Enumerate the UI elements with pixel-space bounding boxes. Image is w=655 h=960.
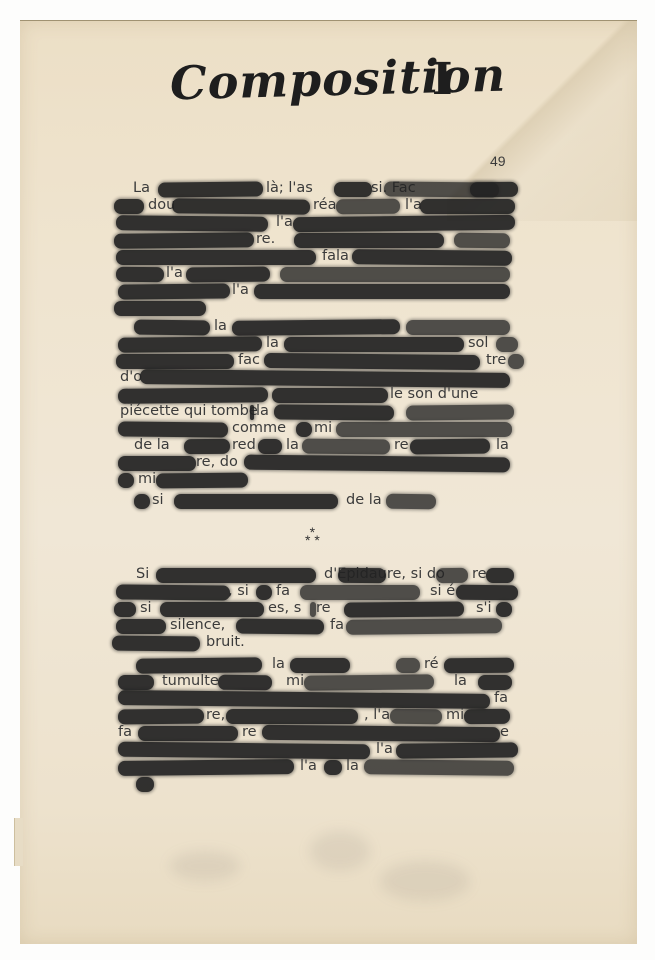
redaction-mark [406, 320, 510, 335]
visible-word: re [242, 724, 257, 740]
visible-word: fac [238, 352, 260, 368]
visible-word: re [394, 437, 409, 453]
redaction-mark [290, 658, 350, 673]
visible-word: l'a [376, 741, 393, 757]
visible-word: sol [468, 335, 488, 351]
visible-word: mi [446, 707, 464, 723]
visible-word: , l'a [364, 707, 390, 723]
redaction-mark [280, 267, 510, 282]
visible-word: re [472, 566, 487, 582]
redaction-mark [406, 404, 514, 420]
redaction-mark [114, 232, 254, 248]
redaction-mark [352, 249, 512, 266]
text-line: tumultemila [0, 673, 655, 691]
visible-word: red [232, 437, 256, 453]
text-line: bruit. [0, 634, 655, 652]
visible-word: fa [276, 583, 290, 599]
redaction-mark [118, 387, 268, 404]
visible-word: la [286, 437, 299, 453]
redaction-mark [134, 494, 150, 509]
redaction-mark [262, 725, 500, 742]
visible-word: d'o [120, 369, 142, 385]
redaction-mark [470, 182, 518, 198]
redaction-mark [336, 199, 400, 215]
text-line: , sifasi é [0, 583, 655, 601]
redaction-mark [390, 709, 442, 725]
text-line: silence,fa [0, 617, 655, 635]
text-line: re, do [0, 454, 655, 472]
text-line: lasol [0, 335, 655, 353]
visible-word: le son d'une [390, 386, 478, 402]
redaction-mark [364, 759, 514, 776]
text-line: l'a [0, 214, 655, 232]
redaction-mark [184, 439, 230, 454]
redaction-mark [186, 267, 270, 283]
redaction-mark [254, 284, 510, 299]
text-line: d'o [0, 369, 655, 387]
page-number: 49 [490, 153, 506, 169]
redaction-mark [436, 568, 468, 583]
redaction-mark [118, 283, 230, 299]
redaction-mark [118, 759, 294, 776]
visible-word: s'i [476, 600, 492, 616]
redaction-mark [118, 456, 196, 471]
text-line: la [0, 318, 655, 336]
redaction-mark [272, 388, 388, 403]
redaction-mark [134, 320, 210, 336]
visible-word: tumulte [162, 673, 219, 689]
redaction-mark [508, 354, 524, 369]
text-line: faree [0, 724, 655, 742]
text-line: laré [0, 656, 655, 674]
redaction-mark [302, 439, 390, 455]
redaction-mark [158, 181, 263, 197]
text-line: re,, l'ami [0, 707, 655, 725]
redaction-mark [236, 619, 324, 635]
visible-word: silence, [170, 617, 225, 633]
redaction-mark [334, 182, 372, 197]
redaction-mark [478, 675, 512, 690]
text-line: re. [0, 231, 655, 249]
visible-word: la [272, 656, 285, 672]
text-line: l'a [0, 741, 655, 759]
redaction-mark [118, 742, 370, 760]
redaction-mark [156, 473, 248, 489]
redaction-mark [386, 494, 436, 510]
visible-word: re. [256, 231, 275, 247]
redaction-mark [118, 336, 262, 353]
smudge [380, 861, 470, 901]
redaction-mark [410, 439, 490, 455]
redaction-mark [294, 233, 444, 248]
visible-word: si [152, 492, 164, 508]
redaction-mark [496, 337, 518, 352]
redaction-mark [116, 215, 268, 232]
visible-word: , si [228, 583, 249, 599]
text-line: mi [0, 471, 655, 489]
visible-word: piécette qui tombe [120, 403, 258, 419]
visible-word: la [214, 318, 227, 334]
redaction-mark [118, 473, 134, 488]
redaction-mark [116, 619, 166, 634]
visible-word: es, s [268, 600, 301, 616]
redaction-mark [138, 726, 238, 741]
smudge [310, 831, 370, 871]
redaction-mark [258, 439, 282, 454]
visible-word: là; l'as [266, 180, 313, 196]
text-line: commemi [0, 420, 655, 438]
visible-word: la [256, 403, 269, 419]
visible-word: la [496, 437, 509, 453]
redaction-mark [156, 568, 316, 583]
visible-word: tre [486, 352, 506, 368]
redaction-mark [114, 301, 206, 316]
redaction-mark [118, 421, 228, 437]
text-line: douréal'a [0, 197, 655, 215]
redaction-mark [174, 494, 338, 509]
redaction-mark [284, 337, 464, 352]
visible-word: de la [134, 437, 170, 453]
visible-word: bruit. [206, 634, 245, 650]
redaction-mark [136, 657, 262, 673]
redaction-mark [226, 709, 358, 724]
redaction-mark [300, 585, 420, 600]
visible-word: a [340, 248, 349, 264]
redaction-mark [160, 602, 264, 617]
redaction-mark [256, 585, 272, 600]
text-line: piécette qui tombela [0, 403, 655, 421]
text-line: le son d'une [0, 386, 655, 404]
redaction-mark [444, 658, 514, 674]
redaction-mark [136, 777, 154, 792]
redaction-mark [296, 422, 312, 437]
visible-word: re [316, 600, 331, 616]
redaction-mark [232, 319, 400, 336]
text-line: l'a [0, 282, 655, 300]
redaction-mark [112, 636, 200, 652]
redaction-mark [420, 199, 515, 214]
text-line: fala [0, 248, 655, 266]
redaction-mark [496, 602, 512, 617]
text-line: l'ala [0, 758, 655, 776]
text-line: Lalà; l'assi. Fac [0, 180, 655, 198]
handwritten-title: Composition [169, 48, 506, 111]
visible-word: la [266, 335, 279, 351]
visible-word: fal [322, 248, 340, 264]
redaction-mark [274, 404, 394, 420]
section-break: ** * [305, 528, 320, 544]
title-numeral: I [432, 54, 453, 105]
visible-word: la [346, 758, 359, 774]
text-line: fa [0, 690, 655, 708]
text-line [0, 775, 655, 793]
redaction-mark [344, 601, 464, 617]
visible-word: l'a [300, 758, 317, 774]
redaction-mark [116, 250, 316, 265]
visible-word: l'a [232, 282, 249, 298]
redaction-mark [304, 674, 434, 690]
visible-word: réa [313, 197, 336, 213]
text-line: l'a [0, 265, 655, 283]
redaction-mark [324, 760, 342, 775]
text-line: de laredlarela [0, 437, 655, 455]
text-line: factre [0, 352, 655, 370]
visible-word: si [140, 600, 152, 616]
smudge [170, 851, 240, 881]
visible-word: l'a [166, 265, 183, 281]
visible-word: si é [430, 583, 455, 599]
redaction-mark [264, 353, 480, 370]
redaction-mark [244, 455, 510, 473]
text-line: side la [0, 492, 655, 510]
redaction-mark [346, 618, 502, 635]
redaction-mark [293, 215, 515, 232]
redaction-mark [172, 198, 310, 214]
redaction-mark [250, 405, 254, 420]
redaction-mark [116, 267, 164, 283]
visible-word: mi [138, 471, 156, 487]
visible-word: e [500, 724, 509, 740]
visible-word: fa [330, 617, 344, 633]
redaction-mark [456, 585, 518, 601]
redaction-mark [218, 675, 272, 691]
text-line: Sid'Epidaure, si dore [0, 566, 655, 584]
visible-word: l'a [276, 214, 293, 230]
redaction-mark [396, 742, 518, 758]
text-line: sies, sres'i [0, 600, 655, 618]
visible-word: fa [494, 690, 508, 706]
visible-word: La [133, 180, 150, 196]
redaction-mark [310, 602, 316, 617]
visible-word: fa [118, 724, 132, 740]
redaction-mark [336, 422, 512, 437]
redaction-mark [114, 199, 144, 214]
visible-word: comme [232, 420, 286, 436]
redaction-mark [464, 709, 510, 724]
redaction-mark [454, 233, 510, 249]
redaction-mark [116, 584, 230, 600]
redaction-mark [118, 709, 204, 725]
paper-tab [14, 818, 23, 866]
visible-word: ré [424, 656, 439, 672]
redaction-mark [338, 568, 386, 584]
visible-word: Si [136, 566, 149, 582]
visible-word: de la [346, 492, 382, 508]
visible-word: la [454, 673, 467, 689]
visible-word: mi [286, 673, 304, 689]
text-line [0, 299, 655, 317]
redaction-mark [116, 354, 234, 369]
visible-word: re, [206, 707, 225, 723]
redaction-mark [486, 568, 514, 583]
visible-word: mi [314, 420, 332, 436]
redaction-mark [118, 675, 154, 690]
redaction-mark [114, 602, 136, 617]
redaction-mark [396, 658, 420, 673]
visible-word: re, do [196, 454, 238, 470]
